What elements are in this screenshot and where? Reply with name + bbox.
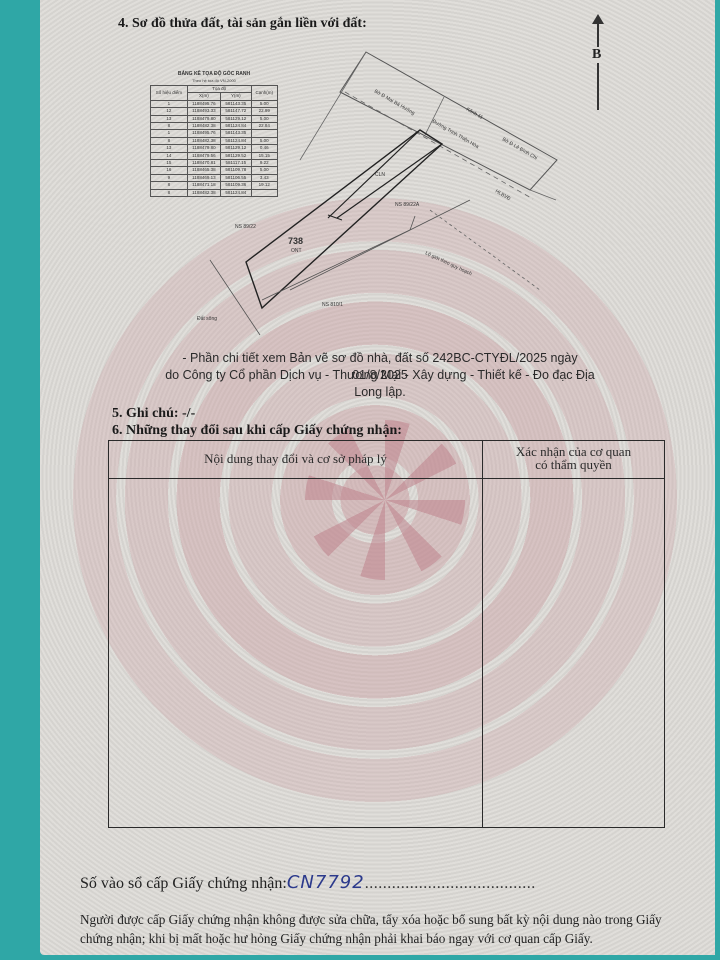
registration-number: CN7792 (287, 872, 365, 893)
parcel-number: 738 (288, 236, 303, 246)
parcel-map: Bờ Đ Mai Bá Hưởng Kênh 11 Đường Trịnh Th… (0, 0, 720, 340)
note-line-2: do Công ty Cổ phần Dịch vụ - Thương Mại … (155, 367, 605, 401)
confirmation-line-2: có thẩm quyền (483, 458, 664, 471)
svg-text:Đường Trịnh Thiện Hòa: Đường Trịnh Thiện Hòa (431, 119, 480, 151)
warning-text: Người được cấp Giấy chứng nhận không đượ… (80, 910, 690, 948)
section-6-title: 6. Những thay đổi sau khi cấp Giấy chứng… (112, 423, 402, 439)
changes-col-content: Nội dung thay đổi và cơ sở pháp lý (109, 451, 482, 467)
section-5-title: 5. Ghi chú: -/- (112, 406, 195, 422)
svg-text:NS 810/1: NS 810/1 (322, 302, 343, 308)
svg-text:Bờ Đ Lê Đình Chi: Bờ Đ Lê Đình Chi (501, 137, 538, 162)
svg-text:CLN: CLN (375, 172, 385, 178)
registration-dots: ...................................... (365, 875, 536, 892)
svg-text:Lộ giới theo quy hoạch: Lộ giới theo quy hoạch (424, 250, 473, 277)
land-use-code: ONT (291, 248, 302, 254)
changes-table: Nội dung thay đổi và cơ sở pháp lý Xác n… (108, 440, 665, 828)
svg-text:Đất sông: Đất sông (197, 316, 217, 322)
svg-text:Kênh 11: Kênh 11 (465, 107, 484, 121)
changes-table-divider (482, 441, 483, 827)
registration-line: Số vào sổ cấp Giấy chứng nhận:CN7792....… (80, 872, 536, 893)
registration-label: Số vào sổ cấp Giấy chứng nhận: (80, 875, 287, 892)
svg-text:NS 89/22A: NS 89/22A (395, 202, 420, 208)
svg-text:HLBVĐ: HLBVĐ (494, 189, 512, 203)
changes-col-confirmation: Xác nhận của cơ quan có thẩm quyền (483, 445, 664, 471)
svg-text:NS 89/22: NS 89/22 (235, 224, 256, 230)
